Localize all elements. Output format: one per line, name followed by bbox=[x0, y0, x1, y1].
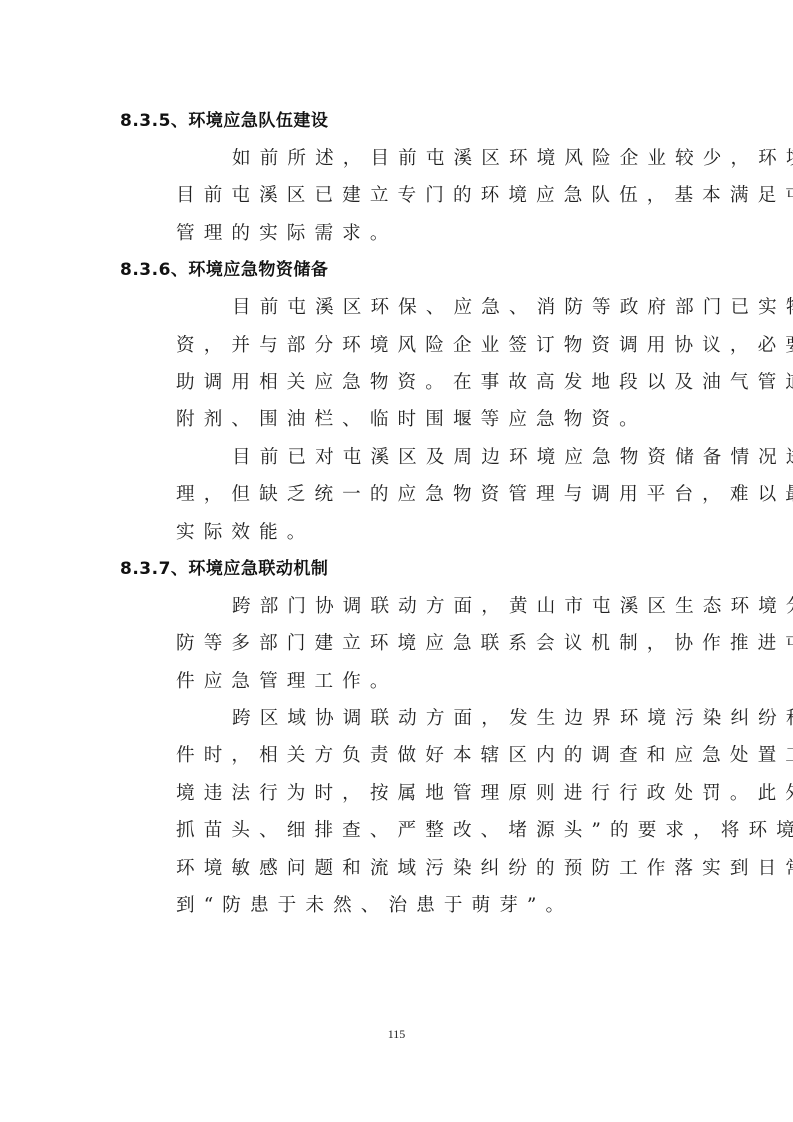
paragraph: 目前已对屯溪区及周边环境应急物资储备情况进行系统摸查、管 理，但缺乏统一的应急物… bbox=[120, 439, 676, 551]
paragraph-line: 境违法行为时，按属地管理原则进行行政处罚。此外，按照“早发现、 bbox=[120, 775, 676, 812]
page-number: 115 bbox=[0, 1027, 793, 1042]
paragraph-line: 到“防患于未然、治患于萌芽”。 bbox=[120, 887, 676, 924]
paragraph-line: 件时，相关方负责做好本辖区内的调查和应急处置工作。发现跨界环 bbox=[120, 737, 676, 774]
paragraph-line: 实际效能。 bbox=[120, 514, 676, 551]
paragraph: 如前所述，目前屯溪区环境风险企业较少，环境风险类型单一， 目前屯溪区已建立专门的… bbox=[120, 140, 676, 252]
paragraph-line: 防等多部门建立环境应急联系会议机制，协作推进屯溪区突发环境事 bbox=[120, 625, 676, 662]
paragraph-line: 环境敏感问题和流域污染纠纷的预防工作落实到日常环保工作中，做 bbox=[120, 850, 676, 887]
paragraph-line: 抓苗头、细排查、严整改、堵源头”的要求，将环境安全隐患排查、 bbox=[120, 812, 676, 849]
section-heading-8-3-6: 8.3.6、环境应急物资储备 bbox=[120, 252, 676, 289]
paragraph: 跨部门协调联动方面，黄山市屯溪区生态环境分局已与应急、消 防等多部门建立环境应急… bbox=[120, 588, 676, 700]
paragraph-line: 目前屯溪区已建立专门的环境应急队伍，基本满足屯溪区内环境应急 bbox=[120, 177, 676, 214]
paragraph-line: 件应急管理工作。 bbox=[120, 663, 676, 700]
paragraph-line: 理，但缺乏统一的应急物资管理与调用平台，难以最大化应急物资的 bbox=[120, 476, 676, 513]
paragraph-line: 助调用相关应急物资。在事故高发地段以及油气管道等，就近储备吸 bbox=[120, 364, 676, 401]
paragraph-line: 跨区域协调联动方面，发生边界环境污染纠纷和突发环境污染事 bbox=[120, 700, 676, 737]
paragraph-line: 如前所述，目前屯溪区环境风险企业较少，环境风险类型单一， bbox=[120, 140, 676, 177]
paragraph-line: 附剂、围油栏、临时围堰等应急物资。 bbox=[120, 401, 676, 438]
paragraph-line: 管理的实际需求。 bbox=[120, 215, 676, 252]
paragraph-line: 目前屯溪区环保、应急、消防等政府部门已实物储备部分应急物 bbox=[120, 289, 676, 326]
paragraph: 跨区域协调联动方面，发生边界环境污染纠纷和突发环境污染事 件时，相关方负责做好本… bbox=[120, 700, 676, 924]
page-content: 8.3.5、环境应急队伍建设 如前所述，目前屯溪区环境风险企业较少，环境风险类型… bbox=[120, 103, 676, 924]
paragraph-line: 资，并与部分环境风险企业签订物资调用协议，必要时可请求企业协 bbox=[120, 327, 676, 364]
paragraph-line: 跨部门协调联动方面，黄山市屯溪区生态环境分局已与应急、消 bbox=[120, 588, 676, 625]
paragraph-line: 目前已对屯溪区及周边环境应急物资储备情况进行系统摸查、管 bbox=[120, 439, 676, 476]
section-heading-8-3-7: 8.3.7、环境应急联动机制 bbox=[120, 551, 676, 588]
document-page: 8.3.5、环境应急队伍建设 如前所述，目前屯溪区环境风险企业较少，环境风险类型… bbox=[0, 0, 793, 1122]
section-heading-8-3-5: 8.3.5、环境应急队伍建设 bbox=[120, 103, 676, 140]
paragraph: 目前屯溪区环保、应急、消防等政府部门已实物储备部分应急物 资，并与部分环境风险企… bbox=[120, 289, 676, 439]
